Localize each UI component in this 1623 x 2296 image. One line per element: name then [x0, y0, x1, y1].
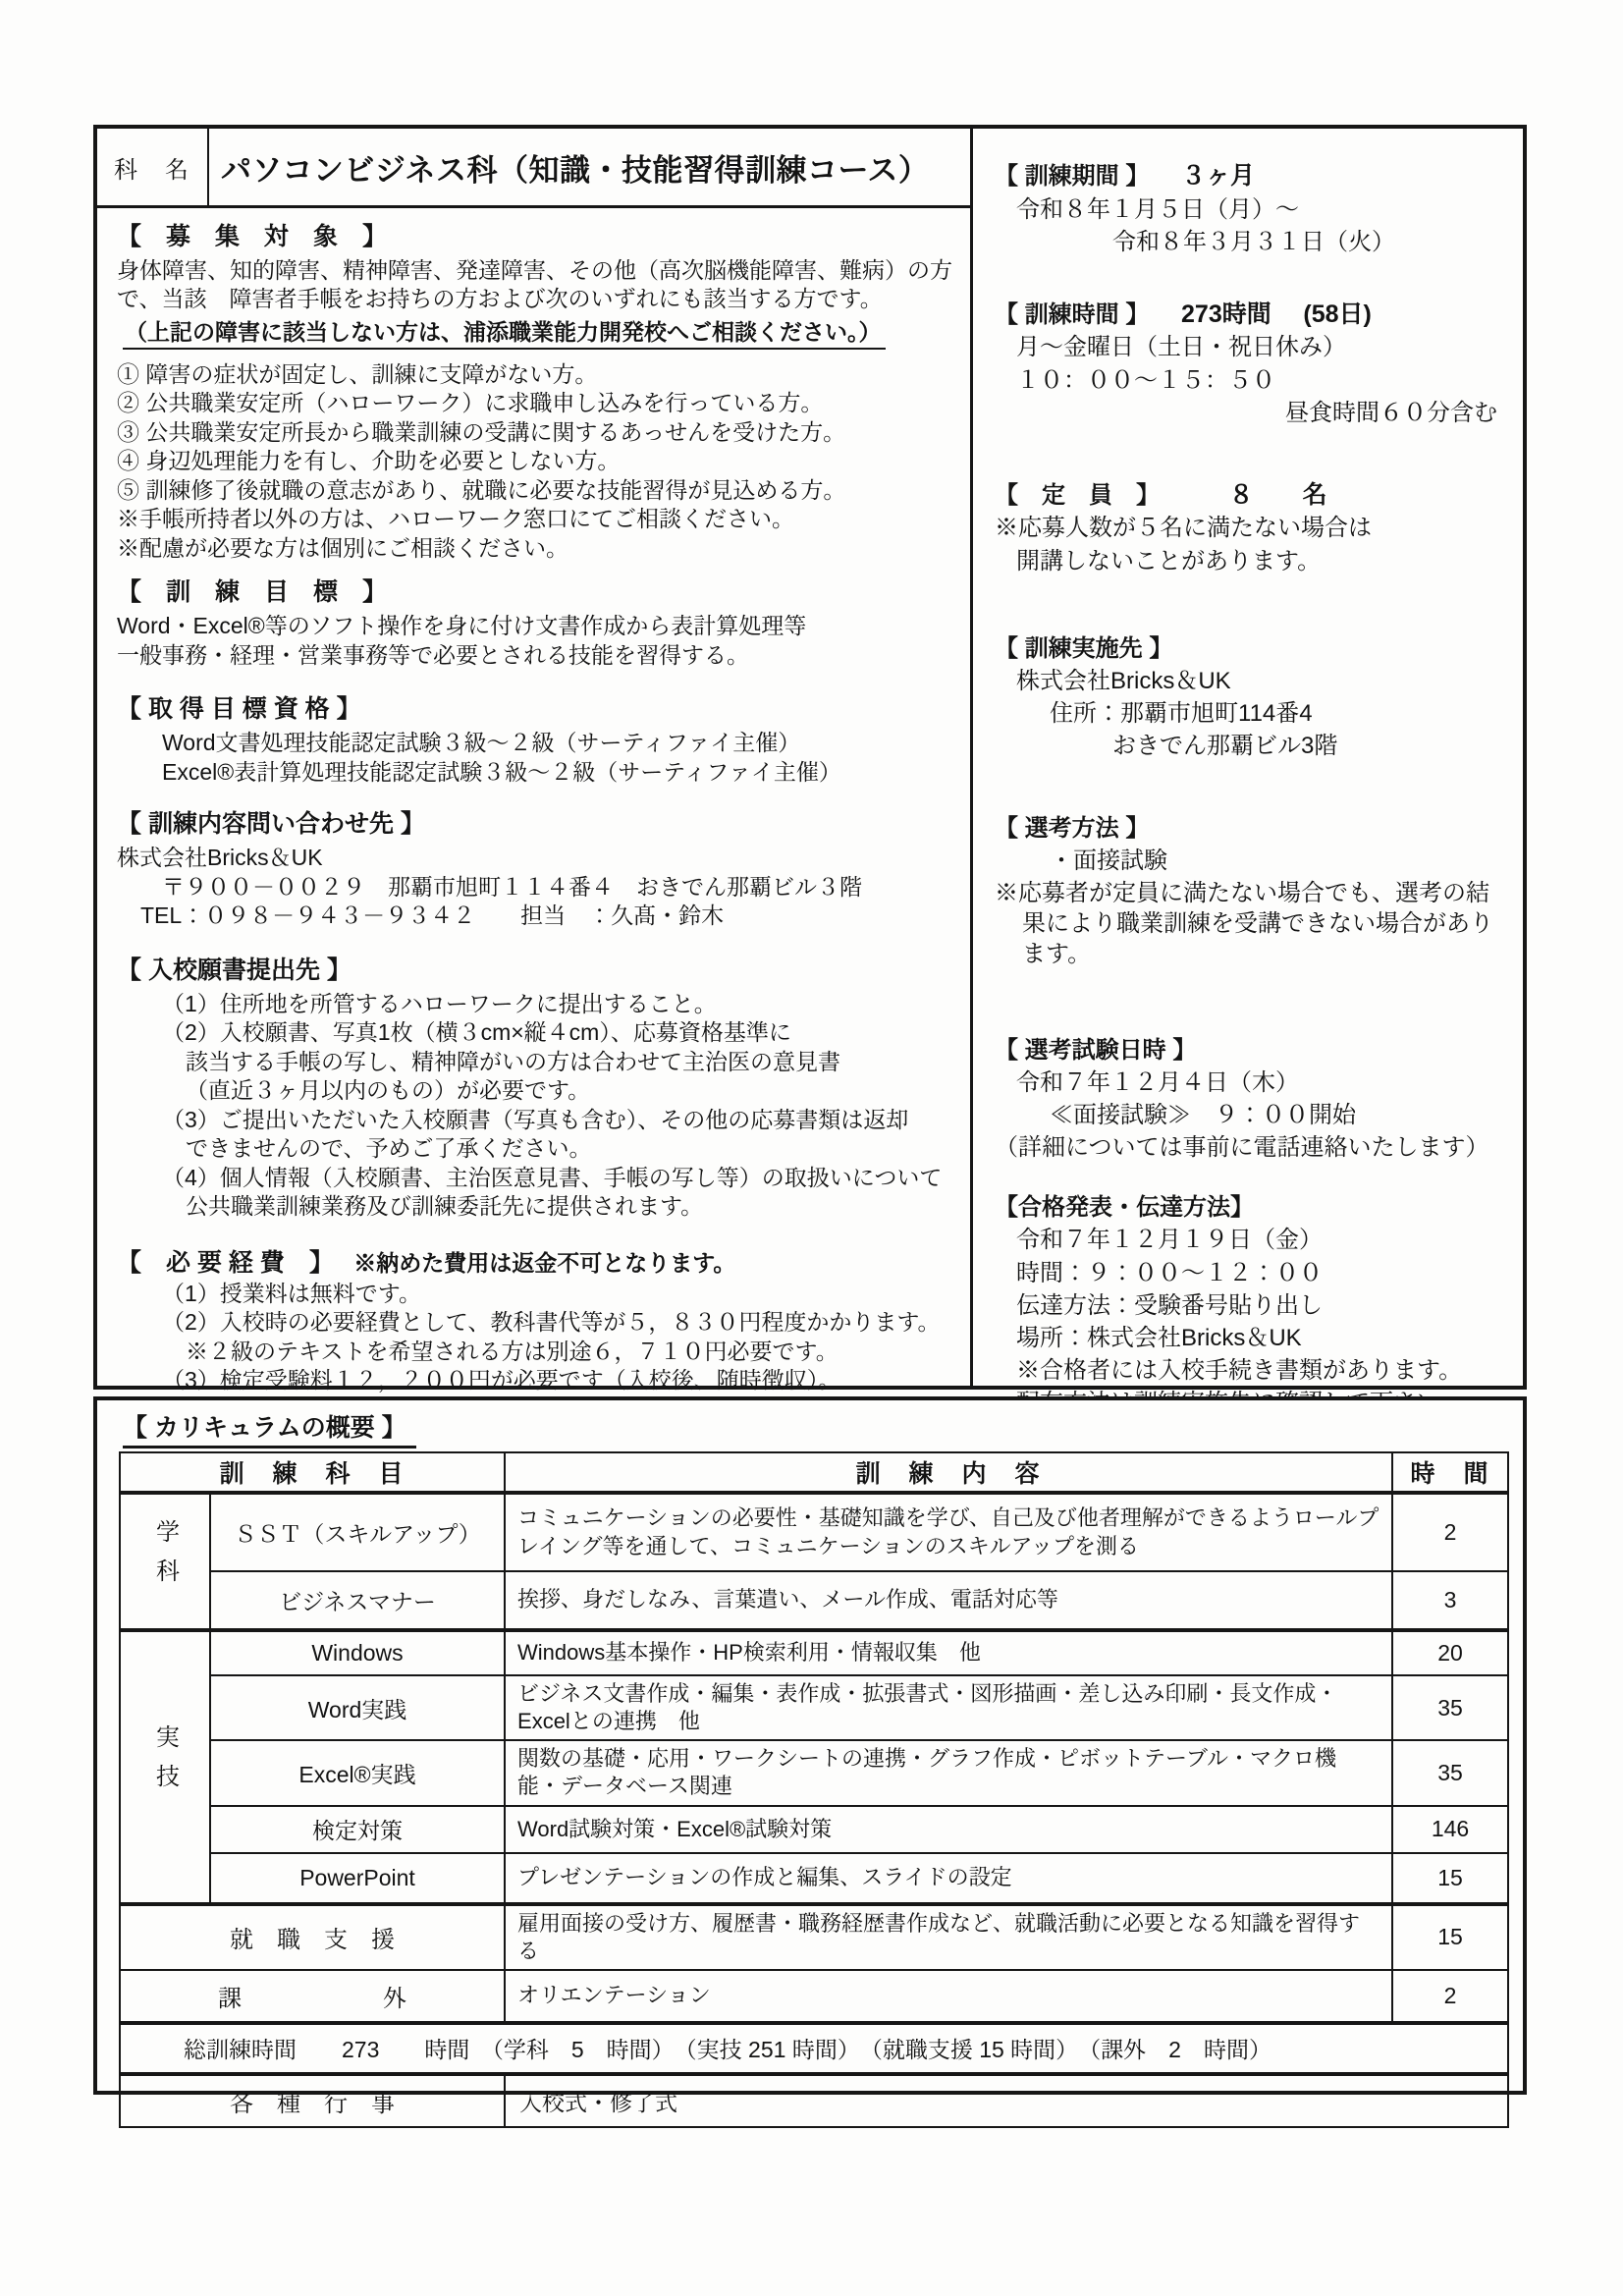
table-row-certification-prep: 検定対策 Word試験対策・Excel®試験対策 146 [120, 1806, 1508, 1853]
table-row-windows: 実技 Windows Windows基本操作・HP検索利用・情報収集 他 20 [120, 1630, 1508, 1675]
curriculum-section: 【 カリキュラムの概要 】 訓 練 科 目 訓 練 内 容 時 間 学科 ＳＳＴ… [93, 1396, 1527, 2095]
scanned-course-flyer: 科 名 パソコンビジネス科（知識・技能習得訓練コース） 【 募 集 対 象 】 … [0, 0, 1623, 2296]
recruit-item: ② 公共職業安定所（ハローワーク）に求職申し込みを行っている方。 [117, 389, 956, 417]
curriculum-table: 訓 練 科 目 訓 練 内 容 時 間 学科 ＳＳＴ（スキルアップ） コミュニケ… [119, 1451, 1509, 2128]
section-selection-method: 【 選考方法 】 ・面接試験 ※応募者が定員に満たない場合でも、選考の結果により… [995, 813, 1511, 970]
column-header-subject: 訓 練 科 目 [120, 1452, 505, 1493]
recruit-item: ③ 公共職業安定所長から職業訓練の受講に関するあっせんを受けた方。 [117, 418, 956, 447]
recruit-item: ① 障害の症状が固定し、訓練に支障がない方。 [117, 360, 956, 389]
section-recruit-target: 【 募 集 対 象 】 身体障害、知的障害、精神障害、発達障害、その他（高次脳機… [117, 222, 956, 562]
subject-cell: 検定対策 [210, 1806, 505, 1853]
qualification-line: Excel®表計算処理技能認定試験３級～２級（サーティファイ主催） [117, 758, 956, 787]
application-line: 該当する手帳の写し、精神障がいの方は合わせて主治医の意見書 [117, 1048, 956, 1076]
capacity-heading: 【 定 員 】 [995, 482, 1160, 509]
content-cell: 挨拶、身だしなみ、言葉遣い、メール作成、電話対応等 [505, 1571, 1392, 1630]
expenses-heading: 【 必 要 経 費 】 [117, 1249, 334, 1277]
hours-days: (58日) [1303, 301, 1371, 328]
subject-cell: PowerPoint [210, 1853, 505, 1904]
hours-cell: 15 [1392, 1904, 1508, 1970]
exam-date-heading: 【 選考試験日時 】 [995, 1035, 1511, 1066]
application-line: （4）個人情報（入校願書、主治医意見書、手帳の写し等）の取扱いについて [117, 1164, 956, 1192]
section-target-qualifications: 【 取 得 目 標 資 格 】 Word文書処理技能認定試験３級～２級（サーティ… [117, 694, 956, 786]
hours-lunch-note: 昼食時間６０分含む [995, 398, 1511, 428]
hours-value: 273時間 [1181, 301, 1271, 328]
content-cell: 雇用面接の受け方、履歴書・職務経歴書作成など、就職活動に必要となる知識を習得する [505, 1904, 1392, 1970]
content-cell: Windows基本操作・HP検索利用・情報収集 他 [505, 1630, 1392, 1675]
hours-cell: 15 [1392, 1853, 1508, 1904]
group-label-academic: 学科 [120, 1493, 210, 1630]
total-hours-line: 総訓練時間 273 時間 （学科 5 時間） （実技 251 時間） （就職支援… [120, 2023, 1508, 2074]
subject-name-label: 科 名 [97, 129, 209, 205]
capacity-note-line: ※応募人数が５名に満たない場合は [995, 513, 1511, 543]
recruit-body: 身体障害、知的障害、精神障害、発達障害、その他（高次脳機能障害、難病）の方で、当… [117, 256, 956, 312]
contact-address: 〒９００－００２９ 那覇市旭町１１４番４ おきでん那覇ビル３階 [117, 873, 956, 902]
table-row-events: 各 種 行 事 入校式・修了式 [120, 2074, 1508, 2127]
table-row-word: Word実践 ビジネス文書作成・編集・表作成・拡張書式・図形描画・差し込み印刷・… [120, 1675, 1508, 1740]
column-header-hours: 時 間 [1392, 1452, 1508, 1493]
qualification-line: Word文書処理技能認定試験３級～２級（サーティファイ主催） [117, 729, 956, 757]
table-row-business-manner: ビジネスマナー 挨拶、身だしなみ、言葉遣い、メール作成、電話対応等 3 [120, 1571, 1508, 1630]
table-row-job-support: 就 職 支 援 雇用面接の受け方、履歴書・職務経歴書作成など、就職活動に必要とな… [120, 1904, 1508, 1970]
events-label: 各 種 行 事 [120, 2074, 505, 2127]
exam-start-time: ≪面接試験≫ ９：００開始 [995, 1100, 1511, 1130]
expense-line: ※２級のテキストを希望される方は別途６，７１０円必要です。 [117, 1338, 956, 1366]
selection-note: ※応募者が定員に満たない場合でも、選考の結果により職業訓練を受講できない場合があ… [995, 878, 1511, 970]
section-selection-exam-date: 【 選考試験日時 】 令和７年１２月４日（木） ≪面接試験≫ ９：００開始 （詳… [995, 1035, 1511, 1164]
application-line: （直近３ヶ月以内のもの）が必要です。 [117, 1076, 956, 1105]
application-line: できませんので、予めご了承ください。 [117, 1134, 956, 1163]
contact-phone: TEL：０９８－９４３－９３４２ 担当 ：久髙・鈴木 [117, 902, 956, 930]
table-row-excel: Excel®実践 関数の基礎・応用・ワークシートの連携・グラフ作成・ピボットテー… [120, 1740, 1508, 1805]
table-row-extracurricular: 課 外 オリエンテーション 2 [120, 1970, 1508, 2023]
announcement-date: 令和７年１２月１９日（金） [995, 1225, 1511, 1255]
venue-building: おきでん那覇ビル3階 [995, 731, 1511, 761]
table-row-powerpoint: PowerPoint プレゼンテーションの作成と編集、スライドの設定 15 [120, 1853, 1508, 1904]
announcement-heading: 【合格発表・伝達方法】 [995, 1192, 1511, 1223]
left-column: 科 名 パソコンビジネス科（知識・技能習得訓練コース） 【 募 集 対 象 】 … [97, 129, 973, 1386]
hours-cell: 2 [1392, 1493, 1508, 1571]
section-capacity: 【 定 員 】 ８ 名 ※応募人数が５名に満たない場合は 開講しないことがありま… [995, 479, 1511, 576]
recruit-underlined-note: （上記の障害に該当しない方は、浦添職業能力開発校へご相談ください。） [123, 318, 886, 350]
announcement-method: 伝達方法：受験番号貼り出し [995, 1290, 1511, 1321]
content-cell: Word試験対策・Excel®試験対策 [505, 1806, 1392, 1853]
course-name-row: 科 名 パソコンビジネス科（知識・技能習得訓練コース） [97, 129, 970, 208]
period-heading: 【 訓練期間 】 [995, 163, 1149, 190]
section-training-hours: 【 訓練時間 】 273時間 (58日) 月～金曜日（土日・祝日休み） １０：０… [995, 299, 1511, 428]
venue-heading: 【 訓練実施先 】 [995, 633, 1511, 664]
goal-line: Word・Excel®等のソフト操作を身に付け文書作成から表計算処理等 [117, 612, 956, 640]
goal-heading: 【 訓 練 目 標 】 [117, 577, 956, 608]
section-application-submission: 【 入校願書提出先 】 （1）住所地を所管するハローワークに提出すること。 （2… [117, 956, 956, 1221]
top-section: 科 名 パソコンビジネス科（知識・技能習得訓練コース） 【 募 集 対 象 】 … [93, 125, 1527, 1390]
selection-heading: 【 選考方法 】 [995, 813, 1511, 844]
qualifications-heading: 【 取 得 目 標 資 格 】 [117, 694, 956, 725]
subject-cell: Excel®実践 [210, 1740, 505, 1805]
goal-line: 一般事務・経理・営業事務等で必要とされる技能を習得する。 [117, 641, 956, 670]
extracurricular-label: 課 外 [120, 1970, 505, 2023]
expense-line: （2）入校時の必要経費として、教科書代等が５，８３０円程度かかります。 [117, 1308, 956, 1337]
events-content: 入校式・修了式 [505, 2074, 1508, 2127]
subject-cell: ＳＳＴ（スキルアップ） [210, 1493, 505, 1571]
hours-cell: 2 [1392, 1970, 1508, 2023]
subject-cell: ビジネスマナー [210, 1571, 505, 1630]
content-cell: プレゼンテーションの作成と編集、スライドの設定 [505, 1853, 1392, 1904]
application-heading: 【 入校願書提出先 】 [117, 956, 956, 986]
capacity-value: ８ 名 [1229, 481, 1327, 509]
recruit-remark: ※手帳所持者以外の方は、ハローワーク窓口にてご相談ください。 [117, 505, 956, 533]
job-support-label: 就 職 支 援 [120, 1904, 505, 1970]
content-cell: ビジネス文書作成・編集・表作成・拡張書式・図形描画・差し込み印刷・長文作成・Ex… [505, 1675, 1392, 1740]
recruit-item: ④ 身辺処理能力を有し、介助を必要としない方。 [117, 447, 956, 475]
venue-company: 株式会社Bricks＆UK [995, 666, 1511, 696]
period-end-date: 令和８年３月３１日（火） [995, 227, 1511, 257]
section-training-period: 【 訓練期間 】 ３ヶ月 令和８年１月５日（月）～ 令和８年３月３１日（火） [995, 160, 1511, 257]
application-line: （1）住所地を所管するハローワークに提出すること。 [117, 990, 956, 1018]
expenses-no-refund-note: ※納めた費用は返金不可となります。 [353, 1250, 735, 1276]
announcement-place: 場所：株式会社Bricks＆UK [995, 1323, 1511, 1353]
curriculum-header-row: 訓 練 科 目 訓 練 内 容 時 間 [120, 1452, 1508, 1493]
hours-cell: 3 [1392, 1571, 1508, 1630]
section-training-venue: 【 訓練実施先 】 株式会社Bricks＆UK 住所：那覇市旭町114番4 おき… [995, 633, 1511, 762]
recruit-item: ⑤ 訓練修了後就職の意志があり、就職に必要な技能習得が見込める方。 [117, 476, 956, 505]
capacity-note-line: 開講しないことがあります。 [995, 546, 1511, 576]
curriculum-label: 【 カリキュラムの概要 】 [123, 1408, 416, 1449]
application-line: （3）ご提出いただいた入校願書（写真も含む）、その他の応募書類は返却 [117, 1106, 956, 1134]
content-cell: 関数の基礎・応用・ワークシートの連携・グラフ作成・ピボットテーブル・マクロ機能・… [505, 1740, 1392, 1805]
section-inquiry-contact: 【 訓練内容問い合わせ先 】 株式会社Bricks＆UK 〒９００－００２９ 那… [117, 809, 956, 930]
venue-address: 住所：那覇市旭町114番4 [995, 698, 1511, 729]
section-training-goal: 【 訓 練 目 標 】 Word・Excel®等のソフト操作を身に付け文書作成か… [117, 577, 956, 669]
announcement-note: ※合格者には入校手続き書類があります。 [995, 1355, 1511, 1386]
contact-company: 株式会社Bricks＆UK [117, 844, 956, 872]
hours-heading: 【 訓練時間 】 [995, 301, 1149, 328]
recruit-heading: 【 募 集 対 象 】 [117, 222, 956, 252]
right-column: 【 訓練期間 】 ３ヶ月 令和８年１月５日（月）～ 令和８年３月３１日（火） 【… [973, 129, 1523, 1386]
recruit-remark: ※配慮が必要な方は個別にご相談ください。 [117, 534, 956, 563]
announcement-time: 時間：９：００～１２：００ [995, 1258, 1511, 1288]
content-cell: コミュニケーションの必要性・基礎知識を学び、自己及び他者理解ができるようロールプ… [505, 1493, 1392, 1571]
table-row-sst: 学科 ＳＳＴ（スキルアップ） コミュニケーションの必要性・基礎知識を学び、自己及… [120, 1493, 1508, 1571]
hours-cell: 146 [1392, 1806, 1508, 1853]
hours-cell: 20 [1392, 1630, 1508, 1675]
expense-line: （3）検定受験料１２，２００円が必要です（入校後、随時徴収）。 [117, 1366, 956, 1394]
section-results-announcement: 【合格発表・伝達方法】 令和７年１２月１９日（金） 時間：９：００～１２：００ … [995, 1192, 1511, 1418]
selection-method: ・面接試験 [995, 846, 1511, 876]
hours-cell: 35 [1392, 1675, 1508, 1740]
application-line: （2）入校願書、写真1枚（横３cm×縦４cm）、応募資格基準に [117, 1018, 956, 1047]
hours-cell: 35 [1392, 1740, 1508, 1805]
group-label-practical: 実技 [120, 1630, 210, 1904]
contact-heading: 【 訓練内容問い合わせ先 】 [117, 809, 956, 840]
table-row-total-hours: 総訓練時間 273 時間 （学科 5 時間） （実技 251 時間） （就職支援… [120, 2023, 1508, 2074]
subject-cell: Windows [210, 1630, 505, 1675]
hours-weekdays: 月～金曜日（土日・祝日休み） [995, 332, 1511, 362]
column-header-content: 訓 練 内 容 [505, 1452, 1392, 1493]
content-cell: オリエンテーション [505, 1970, 1392, 2023]
period-value: ３ヶ月 [1181, 162, 1255, 190]
hours-daily-time: １０：００～１５：５０ [995, 365, 1511, 396]
application-line: 公共職業訓練業務及び訓練委託先に提供されます。 [117, 1192, 956, 1221]
period-start-date: 令和８年１月５日（月）～ [995, 194, 1511, 225]
course-title: パソコンビジネス科（知識・技能習得訓練コース） [209, 129, 970, 205]
left-column-body: 【 募 集 対 象 】 身体障害、知的障害、精神障害、発達障害、その他（高次脳機… [97, 208, 970, 1496]
exam-phone-note: （詳細については事前に電話連絡いたします） [995, 1132, 1511, 1163]
exam-date: 令和７年１２月４日（木） [995, 1067, 1511, 1098]
expense-line: （1）授業料は無料です。 [117, 1280, 956, 1308]
subject-cell: Word実践 [210, 1675, 505, 1740]
